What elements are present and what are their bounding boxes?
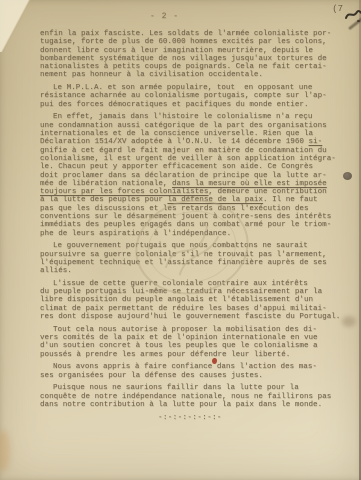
text-line: bombardement systématique de nos village… xyxy=(40,55,340,63)
text-line: mée de libération nationale, dans la mes… xyxy=(40,180,340,188)
paragraph: enfin la paix fasciste. Les soldats de l… xyxy=(40,30,340,80)
paragraph: Nous avons appris à faire confiance dans… xyxy=(40,363,340,380)
paragraph: Le M.P.L.A. et son armée populaire, tout… xyxy=(40,84,340,109)
text-line: gnifie à cet égard le fait majeur en mat… xyxy=(40,147,340,155)
corner-annotation-text: (7 xyxy=(332,4,343,14)
text-line: Tout cela nous autorise à proposer la mo… xyxy=(40,326,340,334)
text-line: En effet, jamais dans l'histoire le colo… xyxy=(40,113,340,121)
text-line: nement pas honneur à la civilisation occ… xyxy=(40,71,340,79)
text-line: d'un soutien concret à tous les peuples … xyxy=(40,342,340,350)
text-line: le. Chacun peut y apporter efficacement … xyxy=(40,163,340,171)
paragraph: En effet, jamais dans l'histoire le colo… xyxy=(40,113,340,237)
document-page: - 2 - (7 enfin la paix fasciste. Les sol… xyxy=(0,0,361,480)
text-line: doit proclamer dans sa déclaration de pr… xyxy=(40,172,340,180)
text-line: L'issue de cette guerre coloniale contra… xyxy=(40,280,340,288)
text-line: res dont dispose aujourd'hui le gouverne… xyxy=(40,313,340,321)
text-line: colonialisme, il est urgent de veiller à… xyxy=(40,155,340,163)
text-line: une condamnation aussi catégorique de la… xyxy=(40,122,340,130)
text-line: immédiats des peuples engagés dans un co… xyxy=(40,221,340,229)
text-line: climat de paix permettant de réduire les… xyxy=(40,305,340,313)
text-line: conquête de notre indépendance nationale… xyxy=(40,393,340,401)
paragraph: L'issue de cette guerre coloniale contra… xyxy=(40,280,340,321)
corner-fold xyxy=(0,0,34,52)
paragraph: Tout cela nous autorise à proposer la mo… xyxy=(40,326,340,359)
text-line: tugaise, forte de plus de 60.000 hommes … xyxy=(40,38,340,46)
text-line: à la lutte des peuples pour la défense d… xyxy=(40,196,340,204)
text-line: poussés à prendre les armes pour défendr… xyxy=(40,351,340,359)
smudge-mark xyxy=(342,316,356,327)
text-line: phe de leurs aspirations à l'indépendanc… xyxy=(40,230,340,238)
text-line: poursuivre sa guerre coloniale s'il ne t… xyxy=(40,251,340,259)
text-line: Puisque nous ne saurions faillir dans la… xyxy=(40,384,340,392)
text-line: ses organisées pour la défense des cause… xyxy=(40,372,340,380)
text-line: résistance acharnée au colonialisme port… xyxy=(40,92,340,100)
text-line: dans notre contribution à la lutte pour … xyxy=(40,401,340,409)
text-line: l'équipement technique et l'assistance f… xyxy=(40,259,340,267)
text-line: Nous avons appris à faire confiance dans… xyxy=(40,363,340,371)
text-line: pas que les discussions et les retards d… xyxy=(40,205,340,213)
corner-annotation: (7 xyxy=(332,4,343,30)
document-body: enfin la paix fasciste. Les soldats de l… xyxy=(40,30,340,422)
end-separator: -:-:-:-:-:-:- xyxy=(40,414,340,422)
text-line: libre disposition du peuple angolais et … xyxy=(40,296,340,304)
ink-dot xyxy=(343,172,352,180)
text-line: Déclaration 1514/XV adoptée à l'O.N.U. l… xyxy=(40,138,340,146)
text-line: pui des forces démocratiques et pacifiqu… xyxy=(40,101,340,109)
text-line: Le gouvernement portugais que nous comba… xyxy=(40,242,340,250)
text-line: alliés. xyxy=(40,267,340,275)
paragraph: Le gouvernement portugais que nous comba… xyxy=(40,242,340,275)
paragraph: Puisque nous ne saurions faillir dans la… xyxy=(40,384,340,409)
smudge-mark xyxy=(0,430,10,472)
page-number: - 2 - xyxy=(150,12,179,21)
handwritten-scribble-icon xyxy=(344,6,361,26)
text-line: donnent libre cours à leur imagination m… xyxy=(40,47,340,55)
